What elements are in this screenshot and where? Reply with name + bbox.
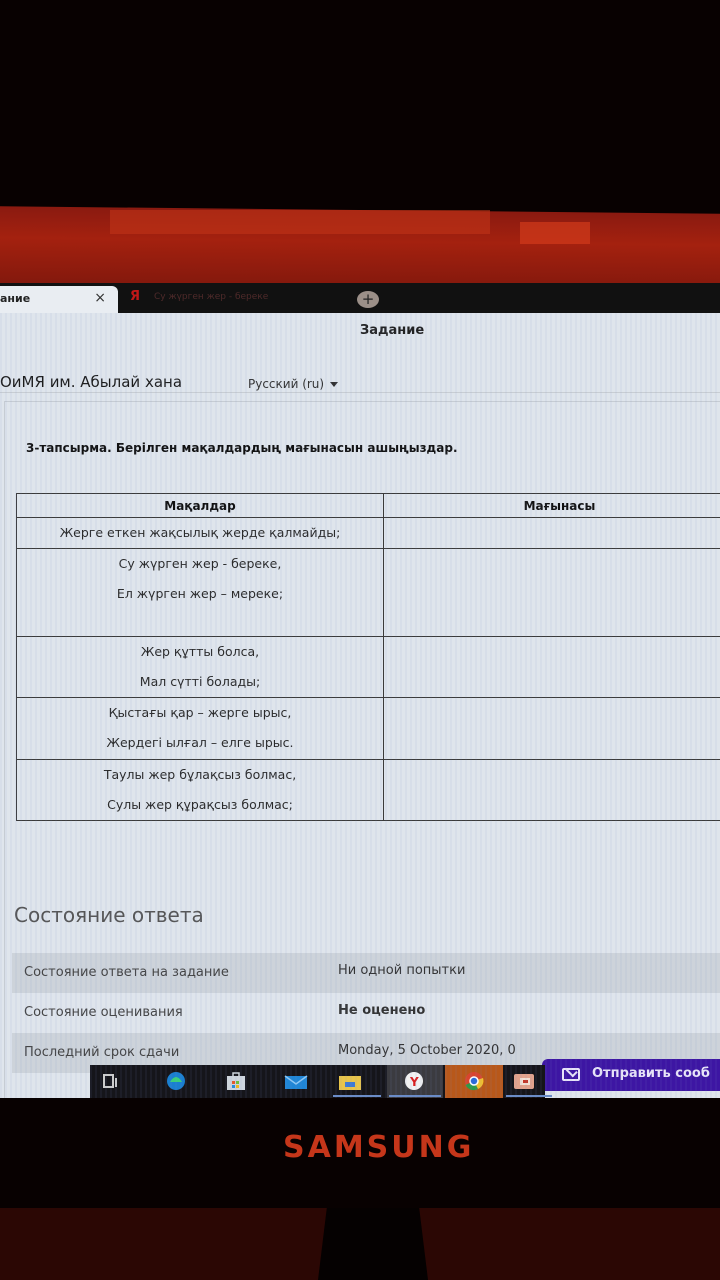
proverb-cell: Жер құтты болса,Мал сүтті болады; xyxy=(17,637,384,698)
status-label: Состояние оценивания xyxy=(24,1005,183,1020)
mail-icon[interactable] xyxy=(282,1070,310,1092)
task-view-icon[interactable] xyxy=(96,1070,124,1092)
proverb-line: Су жүрген жер - береке, xyxy=(17,549,383,579)
status-value: Не оценено xyxy=(338,1003,425,1018)
proverb-line: Мал сүтті болады; xyxy=(17,667,383,697)
meaning-cell xyxy=(384,637,720,698)
windows-taskbar: Y xyxy=(90,1065,545,1098)
browser-tab-bar: ание × Я Су жүрген жер - береке + xyxy=(0,283,720,313)
meaning-cell xyxy=(384,549,720,637)
proverb-cell: Су жүрген жер - береке,Ел жүрген жер – м… xyxy=(17,549,384,637)
proverb-line: Қыстағы қар – жерге ырыс, xyxy=(17,698,383,728)
proverb-line: Жердегі ылғал – елге ырыс. xyxy=(17,728,383,758)
table-row: Жерге еткен жақсылық жерде қалмайды; xyxy=(17,518,720,549)
monitor-stand xyxy=(318,1208,428,1280)
proverb-cell: Қыстағы қар – жерге ырыс,Жердегі ылғал –… xyxy=(17,698,384,760)
submission-status-heading: Состояние ответа xyxy=(14,903,204,927)
proverb-cell: Жерге еткен жақсылық жерде қалмайды; xyxy=(17,518,384,549)
monitor-screen: ание × Я Су жүрген жер - береке + Задани… xyxy=(0,283,720,1098)
site-header: ОиМЯ им. Абылай хана Русский (ru) xyxy=(0,349,720,393)
envelope-icon xyxy=(562,1068,580,1081)
send-message-button[interactable]: Отправить сооб xyxy=(542,1059,720,1091)
status-row: Состояние оценивания Не оценено xyxy=(12,993,720,1033)
background-highlight xyxy=(110,210,490,234)
tab-label: ание xyxy=(0,292,30,305)
monitor-brand-logo: SAMSUNG xyxy=(283,1130,474,1165)
meaning-cell xyxy=(384,698,720,760)
proverb-line: Жерге еткен жақсылық жерде қалмайды; xyxy=(17,518,383,548)
running-indicator xyxy=(506,1095,552,1097)
photos-icon[interactable] xyxy=(510,1070,538,1092)
yandex-icon: Я xyxy=(130,289,140,304)
tab-label: Су жүрген жер - береке xyxy=(154,292,268,302)
page-title: Задание xyxy=(360,323,424,338)
submission-status-table: Состояние ответа на задание Ни одной поп… xyxy=(12,953,720,1073)
proverb-line: Ел жүрген жер – мереке; xyxy=(17,579,383,609)
status-label: Состояние ответа на задание xyxy=(24,965,229,980)
yandex-browser-icon[interactable]: Y xyxy=(400,1070,428,1092)
proverbs-table: Мақалдар Мағынасы Жерге еткен жақсылық ж… xyxy=(16,493,720,821)
status-row: Состояние ответа на задание Ни одной поп… xyxy=(12,953,720,993)
language-label: Русский (ru) xyxy=(248,377,324,391)
edge-icon[interactable] xyxy=(162,1070,190,1092)
web-page: Задание ОиМЯ им. Абылай хана Русский (ru… xyxy=(0,313,720,1098)
table-row: Су жүрген жер - береке,Ел жүрген жер – м… xyxy=(17,549,720,637)
photo-scene: ание × Я Су жүрген жер - береке + Задани… xyxy=(0,0,720,1280)
table-row: Таулы жер бұлақсыз болмас,Сулы жер құрақ… xyxy=(17,760,720,821)
status-value: Monday, 5 October 2020, 0 xyxy=(338,1043,516,1058)
tab-search[interactable]: Я Су жүрген жер - береке xyxy=(126,289,336,309)
running-indicator xyxy=(333,1095,381,1097)
background-highlight xyxy=(520,222,590,244)
proverb-cell: Таулы жер бұлақсыз болмас,Сулы жер құрақ… xyxy=(17,760,384,821)
tab-assignment[interactable]: ание × xyxy=(0,286,118,313)
caret-down-icon xyxy=(330,382,338,387)
column-header-proverbs: Мақалдар xyxy=(17,494,384,518)
running-indicator xyxy=(389,1095,441,1097)
table-row: Қыстағы қар – жерге ырыс,Жердегі ылғал –… xyxy=(17,698,720,760)
task-title: 3-тапсырма. Берілген мақалдардың мағынас… xyxy=(26,441,458,455)
send-message-label: Отправить сооб xyxy=(592,1066,710,1081)
site-name[interactable]: ОиМЯ им. Абылай хана xyxy=(0,373,182,391)
svg-text:Y: Y xyxy=(409,1075,419,1089)
status-value: Ни одной попытки xyxy=(338,963,465,978)
new-tab-button[interactable]: + xyxy=(357,291,379,308)
chrome-icon[interactable] xyxy=(460,1070,488,1092)
meaning-cell xyxy=(384,760,720,821)
proverb-line: Таулы жер бұлақсыз болмас, xyxy=(17,760,383,790)
meaning-cell xyxy=(384,518,720,549)
column-header-meaning: Мағынасы xyxy=(384,494,720,518)
status-label: Последний срок сдачи xyxy=(24,1045,179,1060)
proverb-line: Жер құтты болса, xyxy=(17,637,383,667)
close-tab-icon[interactable]: × xyxy=(94,290,106,306)
file-explorer-icon[interactable] xyxy=(336,1070,364,1092)
proverb-line: Сулы жер құрақсыз болмас; xyxy=(17,790,383,820)
table-row: Жер құтты болса,Мал сүтті болады; xyxy=(17,637,720,698)
store-icon[interactable] xyxy=(222,1070,250,1092)
language-selector[interactable]: Русский (ru) xyxy=(248,377,338,391)
